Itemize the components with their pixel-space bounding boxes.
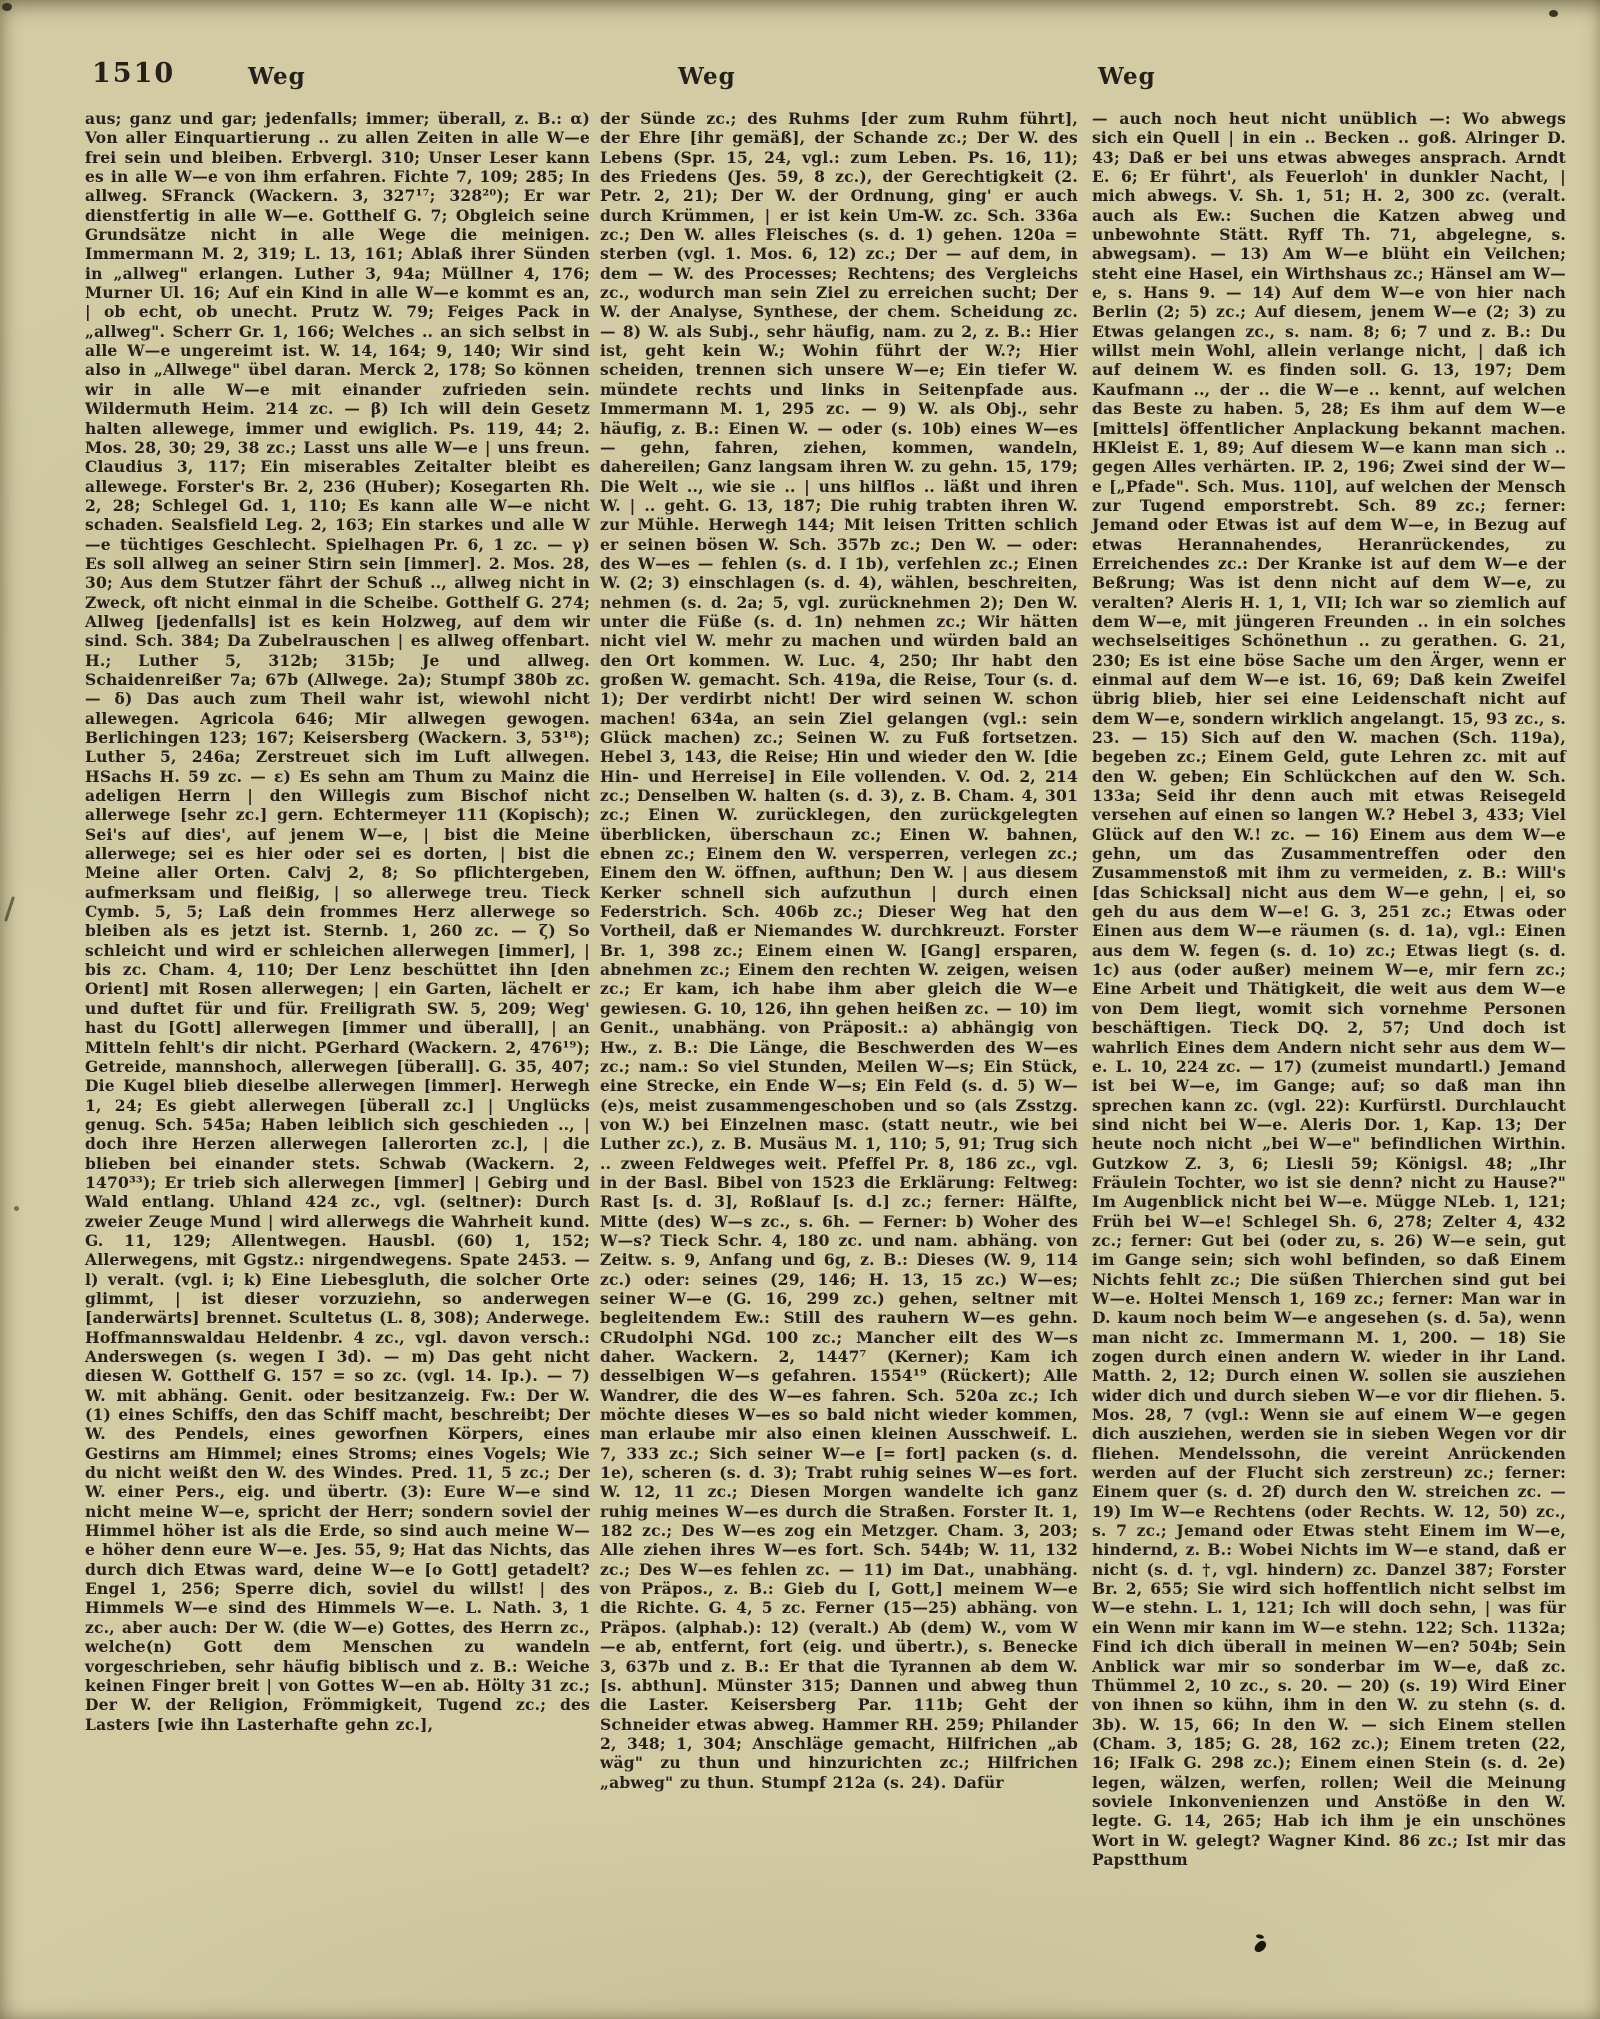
bottom-ink-blot [1253,1939,1268,1955]
margin-pen-mark [4,896,15,922]
paper-speck-top-left [2,3,12,11]
running-head-column-2: Weg [678,63,736,90]
scanned-dictionary-page: 1510 Weg Weg Weg aus; ganz und gar; jede… [0,0,1600,2019]
margin-dot-mark [14,1206,19,1211]
running-head-column-3: Weg [1098,63,1156,90]
text-column-1: aus; ganz und gar; jedenfalls; immer; üb… [85,109,590,1734]
text-column-3: — auch noch heut nicht unüblich —: Wo ab… [1092,109,1566,1869]
text-column-2: der Sünde zc.; des Ruhms [der zum Ruhm f… [600,109,1078,1792]
running-head-column-1: Weg [248,63,306,90]
paper-speck-top-right [1549,10,1558,17]
page-number: 1510 [92,58,175,89]
